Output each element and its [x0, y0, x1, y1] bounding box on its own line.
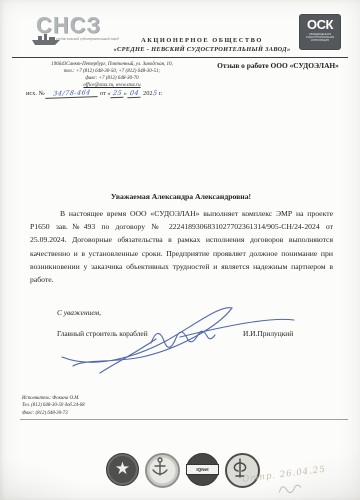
iqnet-seal-icon: IQNet: [186, 453, 219, 486]
org-name-line1: АКЦИОНЕРНОЕ ОБЩЕСТВО: [104, 37, 300, 44]
executor-block: Исполнитель: Фокина О.М. Тел. (812) 648-…: [22, 395, 85, 417]
anchor-seal-icon: [145, 453, 180, 488]
ref-year-handwritten: 5: [152, 89, 158, 97]
org-name: АКЦИОНЕРНОЕ ОБЩЕСТВО «СРЕДНЕ - НЕВСКИЙ С…: [104, 37, 300, 53]
address-links: office@snsz.ru, www.snsz.ru: [14, 82, 210, 89]
snsz-logo: СНСЗ средне-невский судостроительный зав…: [36, 14, 136, 36]
ref-day-handwritten: 25: [110, 89, 124, 98]
signer-position: Главный строитель кораблей: [57, 329, 148, 338]
executor-phone: Тел. (812) 648-30-50 доб.24-68: [22, 402, 85, 409]
executor-fax: Факс: (812) 648-30-73: [22, 410, 85, 417]
address-line-3: факс: +7 (812) 648-30-70: [14, 75, 210, 82]
outgoing-ref-line: исх. № 34/78-464 от «25» 04 2025 г.: [26, 89, 162, 98]
signer-name: И.И.Прилуцкий: [243, 329, 293, 338]
letterhead-address: 196643Санкт-Петербург, Понтонный, ул. За…: [14, 61, 210, 89]
ref-label: исх. №: [26, 90, 45, 97]
body-paragraph: В настоящее время ООО «СУДОЭЛАН» выполня…: [30, 207, 333, 286]
header-divider: [12, 57, 348, 58]
document-title: Отзыв о работе ООО «СУДОЭЛАН»: [204, 61, 352, 70]
pencil-initials-scribble: [277, 482, 302, 495]
executor-name: Исполнитель: Фокина О.М.: [22, 395, 85, 402]
osk-logo: ОСК ОБЪЕДИНЕННАЯ СУДОСТРОИТЕЛЬНАЯ КОРПОР…: [300, 15, 340, 49]
ref-month-handwritten: 04: [128, 89, 142, 98]
org-name-line2: «СРЕДНЕ - НЕВСКИЙ СУДОСТРОИТЕЛЬНЫЙ ЗАВОД…: [104, 46, 300, 53]
address-line-2: тел.: +7 (812) 648-30-50, +7 (812) 648-3…: [14, 68, 210, 75]
osk-logo-text: ОСК: [300, 17, 340, 33]
address-line-1: 196643Санкт-Петербург, Понтонный, ул. За…: [14, 61, 210, 68]
ref-from-label: от: [100, 90, 106, 97]
salutation: Уважаемая Александра Александровна!: [30, 192, 332, 201]
osk-logo-caption: ОБЪЕДИНЕННАЯ СУДОСТРОИТЕЛЬНАЯ КОРПОРАЦИЯ: [300, 33, 340, 43]
iqnet-label: IQNet: [186, 464, 219, 475]
ref-number-handwritten: 34/78-464: [46, 88, 100, 99]
closing-phrase: С уважением,: [57, 308, 101, 317]
ref-year-printed: 202: [143, 90, 153, 97]
star-glyph: ★: [107, 454, 138, 485]
footer-divider: [20, 419, 348, 420]
scanned-letter-page: СНСЗ средне-невский судостроительный зав…: [0, 0, 360, 500]
star-seal-icon: ★: [106, 453, 139, 486]
certification-stamps-row: ★ IQNet: [106, 453, 260, 488]
ref-year-suffix: г.: [159, 90, 163, 97]
